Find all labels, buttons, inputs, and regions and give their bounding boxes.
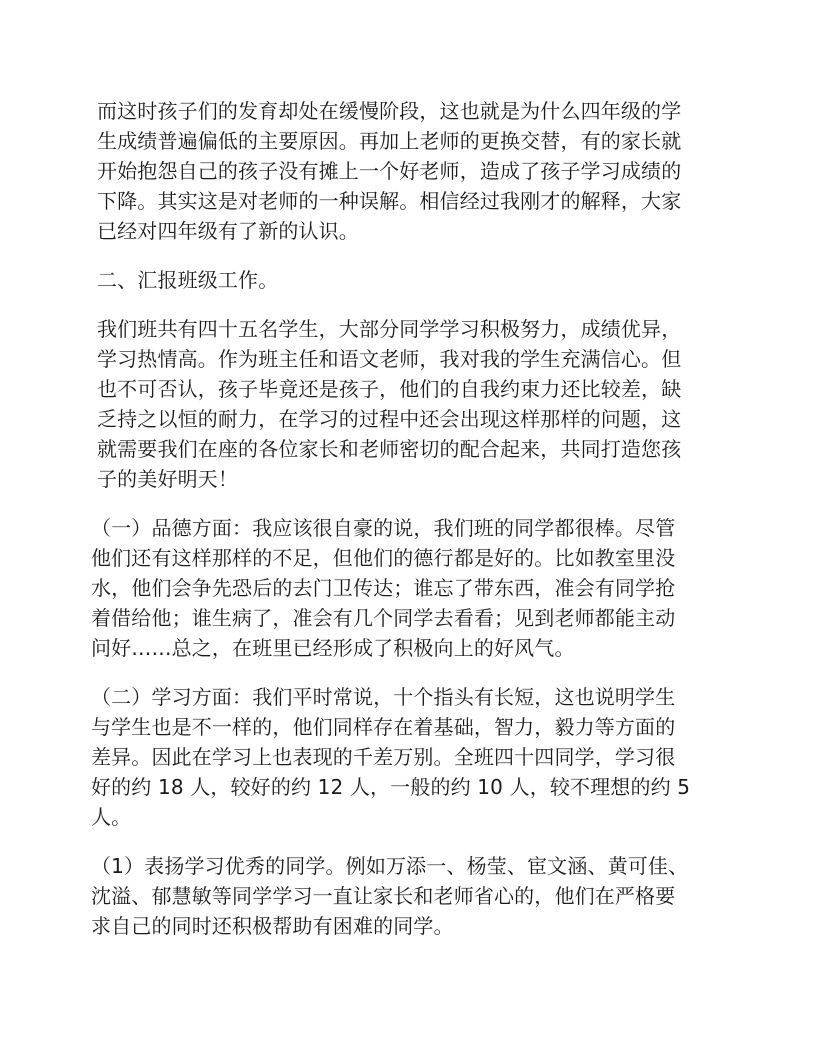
text-line: 开始抱怨自己的孩子没有摊上一个好老师，造成了孩子学习成绩的 [97,156,737,186]
paragraph-praise-top-students: （1）表扬学习优秀的同学。例如万添一、杨莹、宦文涵、黄可佳、 沈溢、郁慧敏等同学… [91,851,737,941]
text-line: 下降。其实这是对老师的一种误解。相信经过我刚才的解释，大家 [97,186,737,216]
text-line: （一）品德方面：我应该很自豪的说，我们班的同学都很棒。尽管 [91,513,737,543]
section-heading-class-report: 二、汇报班级工作。 [97,265,737,295]
heading-text: 二、汇报班级工作。 [97,265,737,295]
paragraph-moral-conduct: （一）品德方面：我应该很自豪的说，我们班的同学都很棒。尽管 他们还有这样那样的不… [91,513,737,663]
text-line: 问好……总之，在班里已经形成了积极向上的好风气。 [91,633,737,663]
text-line: 子的美好明天！ [97,464,737,494]
text-line: 与学生也是不一样的，他们同样存在着基础，智力，毅力等方面的 [91,712,737,742]
text-line: （1）表扬学习优秀的同学。例如万添一、杨莹、宦文涵、黄可佳、 [91,851,737,881]
paragraph-class-overview: 我们班共有四十五名学生，大部分同学学习积极努力，成绩优异， 学习热情高。作为班主… [97,314,737,494]
text-line: （二）学习方面：我们平时常说，十个指头有长短，这也说明学生 [91,682,737,712]
text-line: 差异。因此在学习上也表现的千差万别。全班四十四同学，学习很 [91,742,737,772]
text-line: 人。 [91,802,737,832]
paragraph-fourth-grade-explanation: 而这时孩子们的发育却处在缓慢阶段，这也就是为什么四年级的学 生成绩普遍偏低的主要… [97,96,737,246]
text-line: 求自己的同时还积极帮助有困难的同学。 [91,911,737,941]
text-line: 水，他们会争先恐后的去门卫传达；谁忘了带东西，准会有同学抢 [91,573,737,603]
text-line: 乏持之以恒的耐力，在学习的过程中还会出现这样那样的问题，这 [97,404,737,434]
text-line: 也不可否认，孩子毕竟还是孩子，他们的自我约束力还比较差，缺 [97,374,737,404]
text-line: 好的约 18 人，较好的约 12 人，一般的约 10 人，较不理想的约 5 [91,772,737,802]
paragraph-academic-performance: （二）学习方面：我们平时常说，十个指头有长短，这也说明学生 与学生也是不一样的，… [91,682,737,832]
text-line: 着借给他；谁生病了，准会有几个同学去看看；见到老师都能主动 [91,603,737,633]
text-line: 已经对四年级有了新的认识。 [97,216,737,246]
text-line: 生成绩普遍偏低的主要原因。再加上老师的更换交替，有的家长就 [97,126,737,156]
text-line: 学习热情高。作为班主任和语文老师，我对我的学生充满信心。但 [97,344,737,374]
text-line: 他们还有这样那样的不足，但他们的德行都是好的。比如教室里没 [91,543,737,573]
text-line: 而这时孩子们的发育却处在缓慢阶段，这也就是为什么四年级的学 [97,96,737,126]
text-line: 就需要我们在座的各位家长和老师密切的配合起来，共同打造您孩 [97,434,737,464]
text-line: 我们班共有四十五名学生，大部分同学学习积极努力，成绩优异， [97,314,737,344]
document-page: 而这时孩子们的发育却处在缓慢阶段，这也就是为什么四年级的学 生成绩普遍偏低的主要… [97,96,737,960]
text-line: 沈溢、郁慧敏等同学学习一直让家长和老师省心的，他们在严格要 [91,881,737,911]
